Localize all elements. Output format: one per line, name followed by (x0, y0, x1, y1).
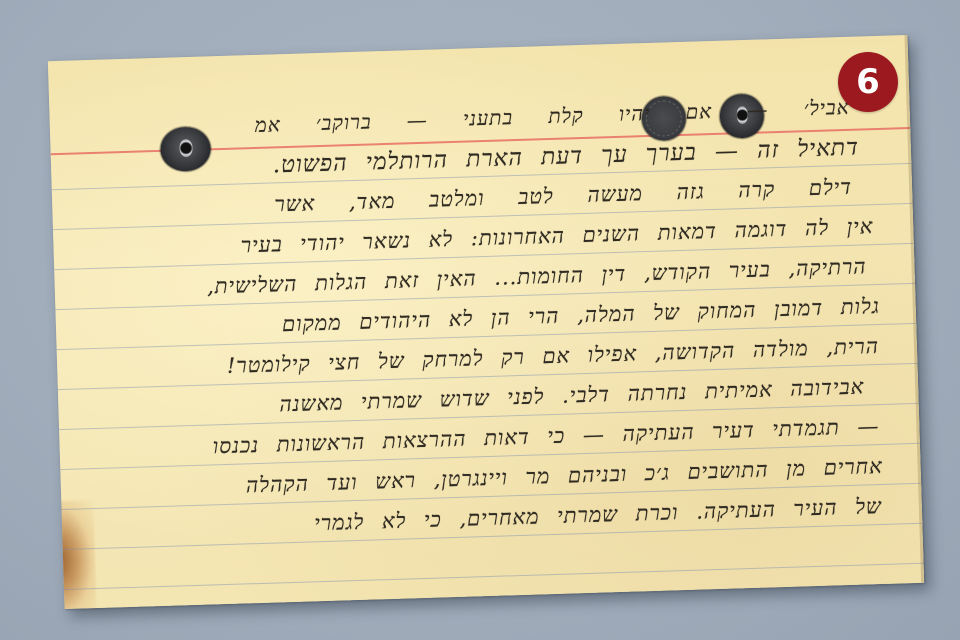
handwritten-line: דתאיל זה — בערך עך דעת הארת הרותלמי הפשו… (272, 135, 859, 179)
number-badge: 6 (838, 52, 898, 112)
handwritten-line: הרית, מולדה הקדושה, אפילו אם רק למרחק של… (226, 334, 879, 379)
handwritten-line: — תגמדתי דעיר העתיקה — כי דאות ההרצאות ה… (212, 414, 879, 459)
handwritten-line: אביל׳ — אם יהיו קלת בתעני — ברוקב׳ אמ (254, 95, 850, 138)
index-card: אביל׳ — אם יהיו קלת בתעני — ברוקב׳ אמ דת… (48, 35, 924, 609)
handwritten-text: אביל׳ — אם יהיו קלת בתעני — ברוקב׳ אמ דת… (48, 35, 924, 609)
handwritten-line: גלות דמובן המחוק של המלה, הרי הן לא היהו… (282, 294, 880, 337)
handwritten-line: דילם קרה גזה מעשה לטב ומלטב מאד, אשר (274, 175, 852, 218)
handwritten-line: אחרים מן התושבים ג׳כ ובניהם מר ויינגרטן,… (246, 454, 883, 498)
handwritten-line: של העיר העתיקה. וכרת שמרתי מאחרים, כי לא… (314, 494, 882, 536)
handwritten-line: אין לה דוגמה דמאות השנים האחרונות: לא נש… (240, 214, 873, 258)
handwritten-line: הרתיקה, בעיר הקודש, דין החומות... האין ז… (207, 254, 867, 299)
handwritten-line: אבידובה אמיתית נחרתה דלבי. לפני שדוש שמר… (279, 374, 865, 417)
photo-background: אביל׳ — אם יהיו קלת בתעני — ברוקב׳ אמ דת… (0, 0, 960, 640)
